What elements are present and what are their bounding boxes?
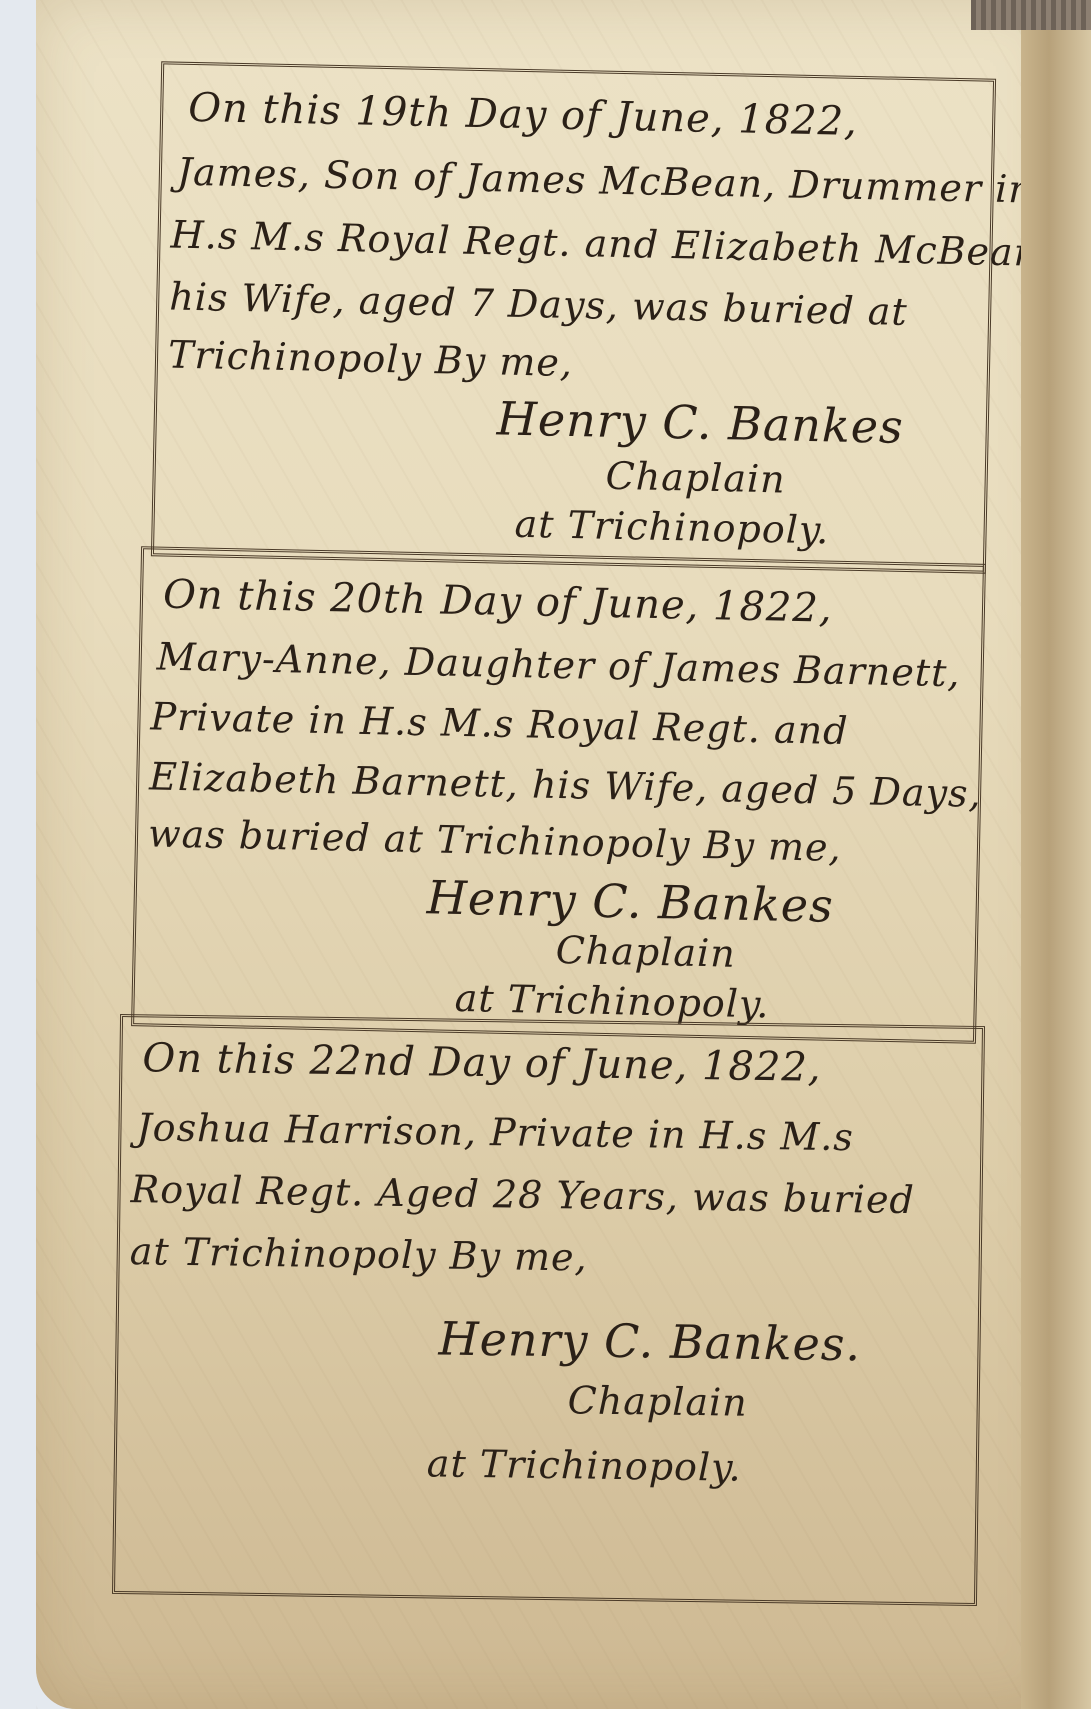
entry-line: at Trichinopoly By me, [129,1229,587,1279]
book-binding-edge [1021,0,1091,1709]
book-spine-edge [971,0,1091,30]
entry-line: On this 22nd Day of June, 1822, [142,1035,822,1090]
chaplain-title: Chaplain [555,928,736,976]
chaplain-place: at Trichinopoly. [514,502,830,553]
entry-line: his Wife, aged 7 Days, was buried at [169,275,908,334]
chaplain-place: at Trichinopoly. [427,1441,742,1489]
chaplain-signature: Henry C. Bankes [496,391,904,454]
entry-line: was buried at Trichinopoly By me, [148,811,842,870]
entry-line: Royal Regt. Aged 28 Years, was buried [130,1167,915,1222]
chaplain-title: Chaplain [567,1378,748,1425]
chaplain-signature: Henry C. Bankes. [438,1311,861,1371]
chaplain-title: Chaplain [605,454,786,502]
burial-entry-1: On this 19th Day of June, 1822, James, S… [151,61,996,573]
entry-line: On this 20th Day of June, 1822, [163,572,833,632]
burial-entry-2: On this 20th Day of June, 1822, Mary-Ann… [131,546,986,1044]
entry-line: H.s M.s Royal Regt. and Elizabeth McBean… [170,213,1053,275]
burial-entry-3: On this 22nd Day of June, 1822, Joshua H… [112,1014,985,1606]
entry-line: Trichinopoly By me, [168,333,574,385]
chaplain-signature: Henry C. Bankes [426,870,834,933]
entry-line: Private in H.s M.s Royal Regt. and [150,694,849,753]
entry-line: Elizabeth Barnett, his Wife, aged 5 Days… [149,754,982,815]
entry-line: Joshua Harrison, Private in H.s M.s [136,1105,854,1159]
entry-line: Mary-Anne, Daughter of James Barnett, [156,635,961,696]
entry-line: On this 19th Day of June, 1822, [188,85,858,145]
entry-line: James, Son of James McBean, Drummer in [177,150,1035,212]
register-page: On this 19th Day of June, 1822, James, S… [36,0,1056,1709]
